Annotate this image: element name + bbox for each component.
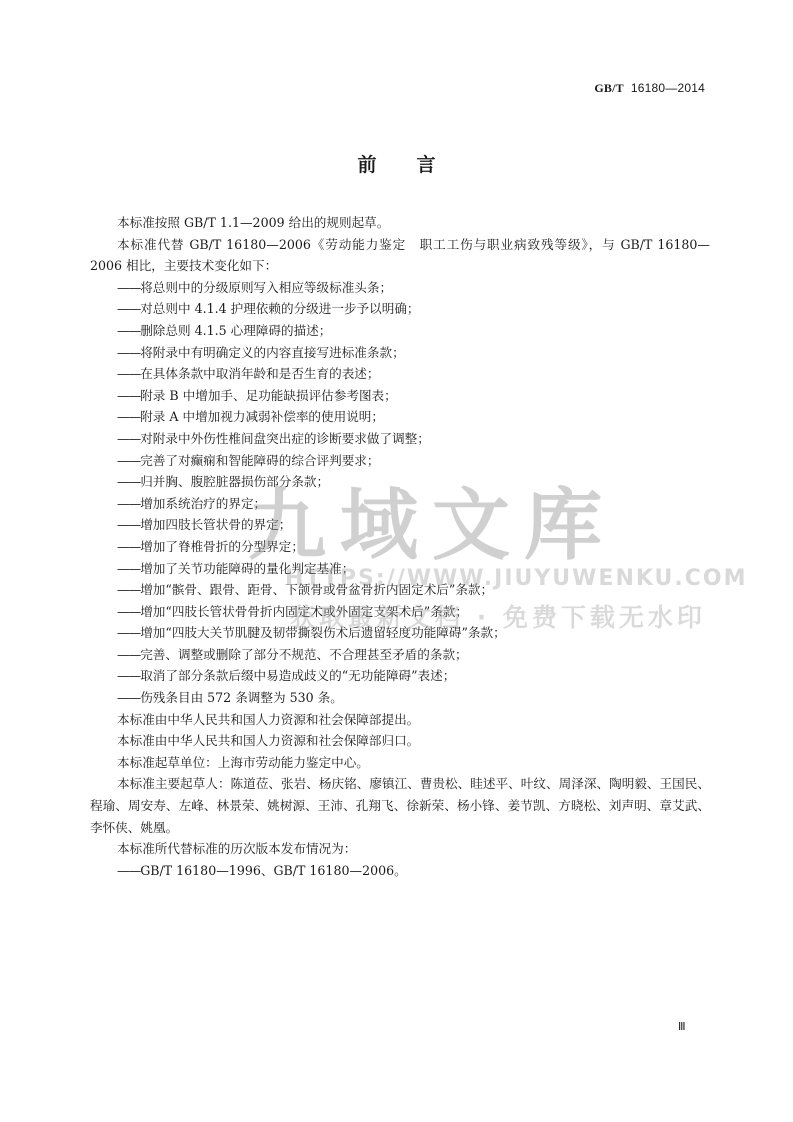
change-item: ——完善、调整或删除了部分不规范、不合理甚至矛盾的条款； [90,644,710,666]
dash-marker: —— [117,539,140,554]
change-item: ——在具体条款中取消年龄和是否生育的表述； [90,363,710,385]
change-item: ——将附录中有明确定义的内容直接写进标准条款； [90,342,710,364]
dash-marker: —— [117,431,140,446]
dash-marker: —— [117,453,140,468]
change-item: ——附录 A 中增加视力减弱补偿率的使用说明； [90,406,710,428]
change-item-text: 对总则中 4.1.4 护理依赖的分级进一步予以明确； [140,301,419,316]
change-item-text: 增加四肢长管状骨的界定； [140,517,291,532]
change-item: ——增加了脊椎骨折的分型界定； [90,536,710,558]
dash-marker: —— [117,604,140,619]
change-item: ——增加“四肢长管状骨骨折内固定术或外固定支架术后”条款； [90,601,710,623]
dash-marker: —— [117,388,140,403]
change-item-text: 增加了脊椎骨折的分型界定； [140,539,304,554]
change-item: ——增加“四肢大关节肌腱及韧带撕裂伤术后遗留轻度功能障碍”条款； [90,622,710,644]
intro-paragraph: 本标准代替 GB/T 16180—2006《劳动能力鉴定 职工工伤与职业病致残等… [90,234,710,277]
history-list: ——GB/T 16180—1996、GB/T 16180—2006。 [90,860,710,882]
dash-marker: —— [117,668,140,683]
dash-marker: —— [117,517,140,532]
change-item-text: 完善了对癫痫和智能障碍的综合评判要求； [140,453,379,468]
standard-number: 16180—2014 [631,81,705,95]
change-item: ——增加系统治疗的界定； [90,493,710,515]
change-item: ——对总则中 4.1.4 护理依赖的分级进一步予以明确； [90,298,710,320]
change-item-text: 完善、调整或删除了部分不规范、不合理甚至矛盾的条款； [140,647,467,662]
page-title: 前言 [0,150,793,177]
dash-marker: —— [117,561,140,576]
dash-marker: —— [117,366,140,381]
change-item-text: 删除总则 4.1.5 心理障碍的描述； [140,323,331,338]
dash-marker: —— [117,323,140,338]
dash-marker: —— [117,280,140,295]
change-item: ——将总则中的分级原则写入相应等级标准头条； [90,277,710,299]
dash-marker: —— [117,409,140,424]
history-item: ——GB/T 16180—1996、GB/T 16180—2006。 [90,860,710,882]
change-item: ——删除总则 4.1.5 心理障碍的描述； [90,320,710,342]
dash-marker: —— [117,690,140,705]
change-item-text: 附录 A 中增加视力减弱补偿率的使用说明； [140,409,384,424]
outro-paragraph: 本标准由中华人民共和国人力资源和社会保障部提出。 [90,709,710,731]
change-item: ——完善了对癫痫和智能障碍的综合评判要求； [90,450,710,472]
changes-list: ——将总则中的分级原则写入相应等级标准头条；——对总则中 4.1.4 护理依赖的… [90,277,710,709]
change-item: ——增加“髌骨、跟骨、距骨、下颌骨或骨盆骨折内固定术后”条款； [90,579,710,601]
change-item-text: 附录 B 中增加手、足功能缺损评估参考图表； [140,388,397,403]
change-item-text: 增加系统治疗的界定； [140,496,266,511]
outro-paragraph: 本标准由中华人民共和国人力资源和社会保障部归口。 [90,730,710,752]
dash-marker: —— [117,301,140,316]
drafters-paragraph: 本标准主要起草人：陈道莅、张岩、杨庆铭、廖镇江、曹贵松、眭述平、叶纹、周泽深、陶… [90,773,710,838]
intro-paragraph: 本标准按照 GB/T 1.1—2009 给出的规则起草。 [90,212,710,234]
outro-paragraph: 本标准所代替标准的历次版本发布情况为： [90,838,710,860]
change-item: ——增加四肢长管状骨的界定； [90,514,710,536]
change-item-text: 将附录中有明确定义的内容直接写进标准条款； [140,345,404,360]
dash-marker: —— [117,647,140,662]
dash-marker: —— [117,582,140,597]
change-item-text: 在具体条款中取消年龄和是否生育的表述； [140,366,379,381]
change-item-text: 对附录中外伤性椎间盘突出症的诊断要求做了调整； [140,431,430,446]
change-item-text: 增加了关节功能障碍的量化判定基准； [140,561,354,576]
outro-paragraph: 本标准起草单位：上海市劳动能力鉴定中心。 [90,752,710,774]
change-item: ——对附录中外伤性椎间盘突出症的诊断要求做了调整； [90,428,710,450]
change-item-text: 增加“四肢长管状骨骨折内固定术或外固定支架术后”条款； [140,604,468,619]
foreword-body: 本标准按照 GB/T 1.1—2009 给出的规则起草。 本标准代替 GB/T … [90,212,710,881]
change-item-text: 将总则中的分级原则写入相应等级标准头条； [140,280,392,295]
change-item-text: 伤残条目由 572 条调整为 530 条。 [140,690,343,705]
dash-marker: —— [117,345,140,360]
change-item: ——取消了部分条款后缀中易造成歧义的“无功能障碍”表述； [90,665,710,687]
change-item: ——附录 B 中增加手、足功能缺损评估参考图表； [90,385,710,407]
dash-marker: —— [117,625,140,640]
change-item-text: 归并胸、腹腔脏器损伤部分条款； [140,474,329,489]
history-item-text: GB/T 16180—1996、GB/T 16180—2006。 [140,863,407,878]
change-item-text: 增加“四肢大关节肌腱及韧带撕裂伤术后遗留轻度功能障碍”条款； [140,625,506,640]
page-number: Ⅲ [678,1020,686,1033]
change-item-text: 增加“髌骨、跟骨、距骨、下颌骨或骨盆骨折内固定术后”条款； [140,582,493,597]
change-item: ——归并胸、腹腔脏器损伤部分条款； [90,471,710,493]
dash-marker: —— [117,863,140,878]
dash-marker: —— [117,496,140,511]
change-item-text: 取消了部分条款后缀中易造成歧义的“无功能障碍”表述； [140,668,455,683]
dash-marker: —— [117,474,140,489]
standard-prefix: GB/T [594,81,623,95]
change-item: ——伤残条目由 572 条调整为 530 条。 [90,687,710,709]
standard-code: GB/T 16180—2014 [594,81,705,96]
change-item: ——增加了关节功能障碍的量化判定基准； [90,558,710,580]
